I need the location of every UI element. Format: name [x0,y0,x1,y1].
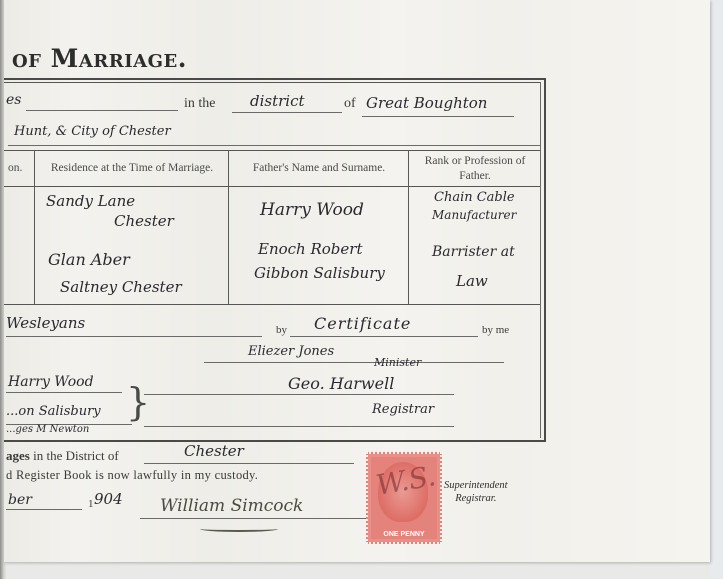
row2-father-name-line1: Enoch Robert [258,240,362,258]
district-name: Great Boughton [366,94,487,112]
witness-2: ...on Salisbury [6,404,101,419]
frame-top-rule-inner [4,82,540,83]
officiant-line [204,362,504,363]
in-district-label: in the District of [33,448,119,463]
scan-background [710,0,723,579]
table-bottom-rule [4,304,540,305]
frame-right-rule [544,78,546,442]
sub-district-line [8,145,540,146]
stamp-cancel-mark: W.S. [374,459,439,502]
witness-3: ...ges M Newton [6,424,89,435]
cert-month: ber [8,492,32,508]
by-value-line [290,336,478,337]
certification-line1: ages in the District of [6,448,119,464]
row2-father-rank-line2: Law [456,272,488,290]
cert-district-line [144,463,354,464]
postage-stamp: W.S. ONE PENNY [366,452,442,544]
frame-right-rule-inner [540,82,541,438]
witness-bracket: } [126,380,150,424]
table-header-top [4,150,540,151]
row2-father-name-line2: Gibbon Salisbury [254,264,385,282]
signatory-title-line1: Superintendent [444,479,508,492]
row2-father-rank-line1: Barrister at [432,244,515,260]
row1-father-rank-line2: Manufacturer [432,208,516,222]
district-word-line [232,112,342,113]
row1-father-name: Harry Wood [260,200,364,220]
of-label: of [344,96,356,112]
registrar-line [144,394,454,395]
header-profession-fragment: on. [8,162,32,174]
registrar-signature: William Simcock [160,496,303,516]
header-residence: Residence at the Time of Marriage. [36,162,228,174]
signatory-title: Superintendent Registrar. [444,479,508,505]
col-divider-1 [34,150,35,304]
registration-blank-line [26,110,178,111]
table-header-bottom [4,186,540,187]
certificate-title: of Marriage. [12,44,187,73]
row2-residence-line2: Saltney Chester [60,278,182,296]
by-label: by [276,324,287,336]
rites-line [6,336,262,337]
cert-year-prefix: 1 [88,498,94,510]
witness-2-right-line [144,426,454,427]
certification-prefix: ages [6,448,30,463]
witness-1: Harry Wood [8,374,94,390]
cert-year: 904 [94,490,123,508]
registrar-name: Geo. Harwell [288,374,394,393]
registration-prefix: es [6,92,21,108]
rites-fragment: Wesleyans [6,314,85,332]
header-father-rank: Rank or Profession of Father. [412,154,538,184]
header-father-name: Father's Name and Surname. [230,162,408,174]
district-name-line [362,116,514,117]
frame-top-rule [4,78,544,80]
signature-line [140,518,366,519]
stamp-label: ONE PENNY [368,531,440,538]
registrar-title: Registrar [372,402,434,417]
signatory-title-line2: Registrar. [444,492,508,505]
in-the-label: in the [184,96,216,112]
col-divider-2 [228,150,229,304]
cert-month-line [6,509,82,510]
row1-father-rank-line1: Chain Cable [434,190,515,205]
by-value: Certificate [314,314,411,333]
marriage-certificate: of Marriage. es in the district of Great… [4,0,710,562]
signature-flourish [200,526,278,532]
witness-1-line [6,392,122,393]
district-word: district [250,92,305,110]
by-me-label: by me [482,324,509,336]
row1-residence-line1: Sandy Lane [46,192,135,210]
officiant-name: Eliezer Jones [248,344,334,359]
row2-residence-line1: Glan Aber [48,250,130,269]
frame-bottom-rule [4,440,546,442]
custody-text: d Register Book is now lawfully in my cu… [6,468,258,483]
officiant-title: Minister [374,356,421,369]
row1-residence-line2: Chester [114,212,174,230]
sub-district: Hunt, & City of Chester [14,124,171,139]
cert-district-value: Chester [184,442,244,460]
col-divider-3 [408,150,409,304]
